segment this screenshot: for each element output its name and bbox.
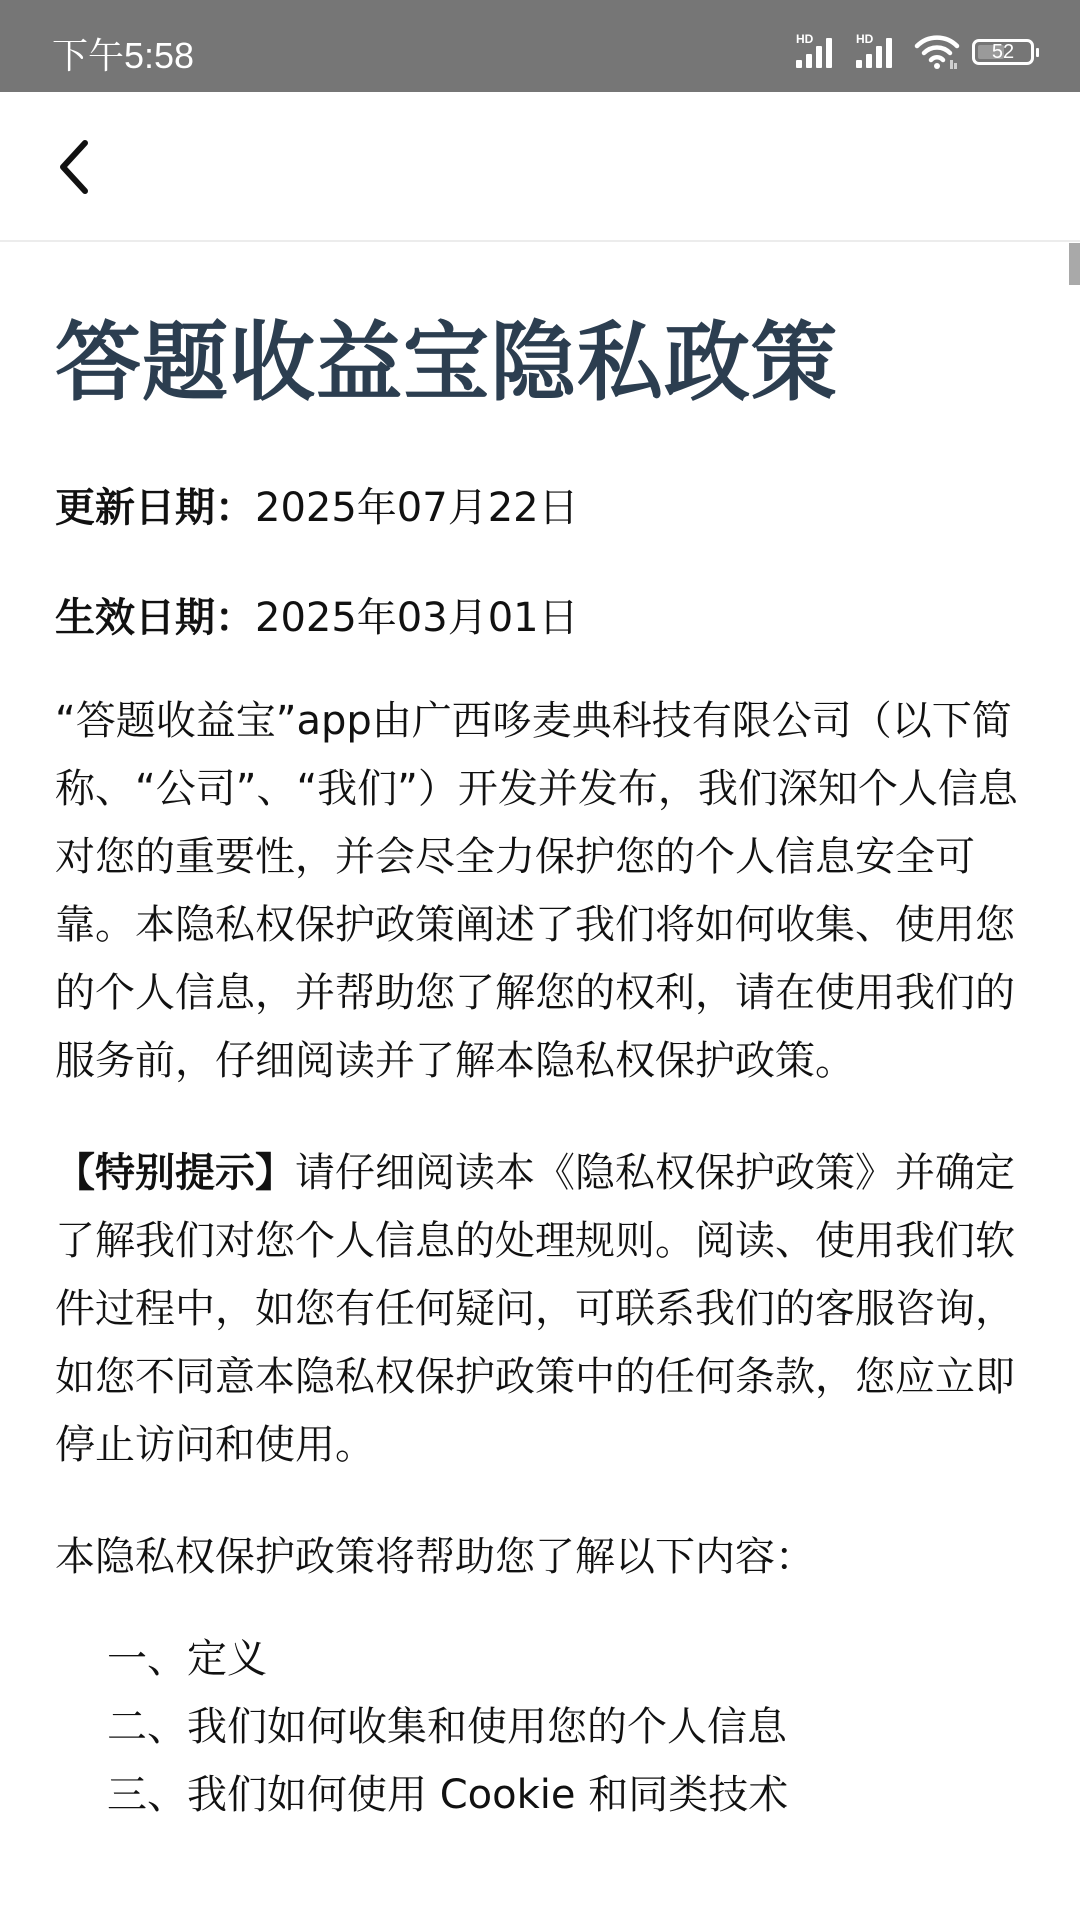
signal-icon: HD <box>794 34 842 70</box>
back-button[interactable] <box>40 132 110 202</box>
wifi-icon <box>914 34 960 70</box>
scrollbar[interactable] <box>1069 243 1080 285</box>
status-time: 下午5:58 <box>52 28 194 79</box>
notice-paragraph: 【特别提示】请仔细阅读本《隐私权保护政策》并确定了解我们对您个人信息的处理规则。… <box>55 1139 1030 1479</box>
document-content: 答题收益宝隐私政策 更新日期：2025年07月22日 生效日期：2025年03月… <box>55 243 1030 1829</box>
app-bar <box>0 92 1080 242</box>
battery-icon: 52 <box>972 39 1034 65</box>
page-title: 答题收益宝隐私政策 <box>55 313 1030 413</box>
effective-label: 生效日期： <box>55 595 255 641</box>
status-icons: HD HD 52 <box>794 32 1034 72</box>
signal-hd-label: HD <box>856 32 873 46</box>
toc-item[interactable]: 一、定义 <box>107 1625 1030 1693</box>
updated-value: 2025年07月22日 <box>255 485 579 531</box>
updated-label: 更新日期： <box>55 485 255 531</box>
updated-date: 更新日期：2025年07月22日 <box>55 483 1030 533</box>
toc-intro: 本隐私权保护政策将帮助您了解以下内容： <box>55 1523 1030 1591</box>
status-bar: 下午5:58 HD HD 52 <box>0 0 1080 92</box>
toc-item[interactable]: 二、我们如何收集和使用您的个人信息 <box>107 1693 1030 1761</box>
chevron-left-icon <box>55 137 95 197</box>
effective-date: 生效日期：2025年03月01日 <box>55 593 1030 643</box>
table-of-contents: 一、定义 二、我们如何收集和使用您的个人信息 三、我们如何使用 Cookie 和… <box>107 1625 1030 1829</box>
effective-value: 2025年03月01日 <box>255 595 579 641</box>
notice-text: 请仔细阅读本《隐私权保护政策》并确定了解我们对您个人信息的处理规则。阅读、使用我… <box>55 1150 1015 1468</box>
notice-label: 【特别提示】 <box>55 1150 295 1196</box>
battery-level: 52 <box>975 41 1031 64</box>
signal-icon-2: HD <box>854 34 902 70</box>
signal-hd-label: HD <box>796 32 813 46</box>
intro-paragraph: “答题收益宝”app由广西哆麦典科技有限公司（以下简称、“公司”、“我们”）开发… <box>55 687 1030 1095</box>
toc-item[interactable]: 三、我们如何使用 Cookie 和同类技术 <box>107 1761 1030 1829</box>
